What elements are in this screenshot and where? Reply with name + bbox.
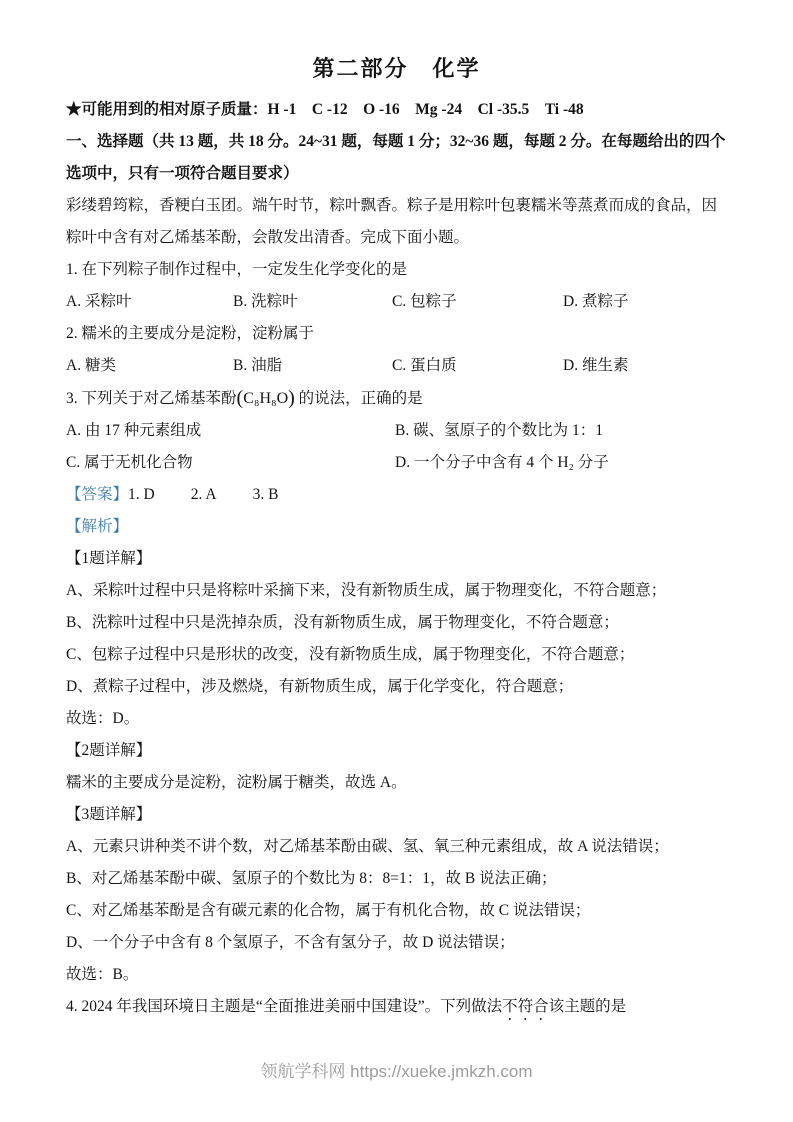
section-header: 一、选择题（共 13 题，共 18 分。24~31 题，每题 1 分；32~36… (66, 126, 727, 190)
detail-2-heading: 【2题详解】 (66, 735, 727, 767)
detail-1-heading: 【1题详解】 (66, 543, 727, 575)
watermark: 领航学科网 https://xueke.jmkzh.com (0, 1062, 793, 1082)
q3-stem: 3. 下列关于对乙烯基苯酚(C₈H₈O) 的说法，正确的是 (66, 382, 727, 415)
analysis-label: 【解析】 (66, 511, 727, 543)
detail-3-heading: 【3题详解】 (66, 799, 727, 831)
intro-passage: 彩缕碧筠粽，香粳白玉团。端午时节，粽叶飘香。粽子是用粽叶包裹糯米等蒸煮而成的食品… (66, 190, 727, 254)
explanation-line: C、包粽子过程中只是形状的改变，没有新物质生成，属于物理变化，不符合题意； (66, 639, 727, 671)
formula-body: C₈H₈O (243, 390, 288, 407)
explanation-line: D、煮粽子过程中，涉及燃烧，有新物质生成，属于化学变化，符合题意； (66, 671, 727, 703)
atomic-mass-line: ★可能用到的相对原子质量：H -1 C -12 O -16 Mg -24 Cl … (66, 94, 727, 126)
q2-option-d: D. 维生素 (563, 350, 727, 382)
explanation-line: B、对乙烯基苯酚中碳、氢原子的个数比为 8：8=1：1，故 B 说法正确； (66, 863, 727, 895)
q4-prefix: 4. 2024 年我国环境日主题是“全面推进美丽中国建设”。下列做法 (66, 998, 502, 1015)
answer-line: 【答案】1. D2. A3. B (66, 479, 727, 511)
answer-item-2: 2. A (191, 479, 217, 511)
q2-stem: 2. 糯米的主要成分是淀粉，淀粉属于 (66, 318, 727, 350)
answer-item-3: 3. B (253, 479, 279, 511)
q1-stem: 1. 在下列粽子制作过程中，一定发生化学变化的是 (66, 254, 727, 286)
explanation-line: 故选：D。 (66, 703, 727, 735)
explanation-line: A、采粽叶过程中只是将粽叶采摘下来，没有新物质生成，属于物理变化，不符合题意； (66, 575, 727, 607)
explanation-line: D、一个分子中含有 8 个氢原子，不含有氢分子，故 D 说法错误； (66, 927, 727, 959)
q3-stem-prefix: 3. 下列关于对乙烯基苯酚 (66, 390, 237, 407)
q4-suffix: 该主题的是 (549, 998, 627, 1015)
explanation-line: 糯米的主要成分是淀粉，淀粉属于糖类，故选 A。 (66, 767, 727, 799)
q3-option-d: D. 一个分子中含有 4 个 H₂ 分子 (395, 447, 727, 479)
explanation-line: A、元素只讲种类不讲个数，对乙烯基苯酚由碳、氢、氧三种元素组成，故 A 说法错误… (66, 831, 727, 863)
q1-option-c: C. 包粽子 (392, 286, 563, 318)
q2-option-b: B. 油脂 (233, 350, 392, 382)
page-title: 第二部分 化学 (66, 54, 727, 84)
explanation-line: B、洗粽叶过程中只是洗掉杂质，没有新物质生成，属于物理变化，不符合题意； (66, 607, 727, 639)
paren-close: ) (288, 387, 295, 409)
exam-page: 第二部分 化学 ★可能用到的相对原子质量：H -1 C -12 O -16 Mg… (0, 0, 793, 1122)
q2-option-c: C. 蛋白质 (392, 350, 563, 382)
q3-stem-suffix: 的说法，正确的是 (295, 390, 423, 407)
q3-option-b: B. 碳、氢原子的个数比为 1：1 (395, 415, 727, 447)
q4-emphasis: 不符合 (502, 998, 549, 1015)
q2-options: A. 糖类 B. 油脂 C. 蛋白质 D. 维生素 (66, 350, 727, 382)
answer-item-1: 1. D (128, 479, 155, 511)
chemical-formula: (C₈H₈O) (237, 390, 295, 407)
explanation-line: 故选：B。 (66, 959, 727, 991)
q3-options-row-2: C. 属于无机化合物 D. 一个分子中含有 4 个 H₂ 分子 (66, 447, 727, 479)
q3-option-c: C. 属于无机化合物 (66, 447, 395, 479)
q3-options-row-1: A. 由 17 种元素组成 B. 碳、氢原子的个数比为 1：1 (66, 415, 727, 447)
q1-options: A. 采粽叶 B. 洗粽叶 C. 包粽子 D. 煮粽子 (66, 286, 727, 318)
explanation-line: C、对乙烯基苯酚是含有碳元素的化合物，属于有机化合物，故 C 说法错误； (66, 895, 727, 927)
q2-option-a: A. 糖类 (66, 350, 233, 382)
q3-option-a: A. 由 17 种元素组成 (66, 415, 395, 447)
q1-option-b: B. 洗粽叶 (233, 286, 392, 318)
q1-option-d: D. 煮粽子 (563, 286, 727, 318)
answer-label: 【答案】 (66, 486, 128, 503)
q1-option-a: A. 采粽叶 (66, 286, 233, 318)
q4-stem: 4. 2024 年我国环境日主题是“全面推进美丽中国建设”。下列做法不符合该主题… (66, 991, 727, 1024)
